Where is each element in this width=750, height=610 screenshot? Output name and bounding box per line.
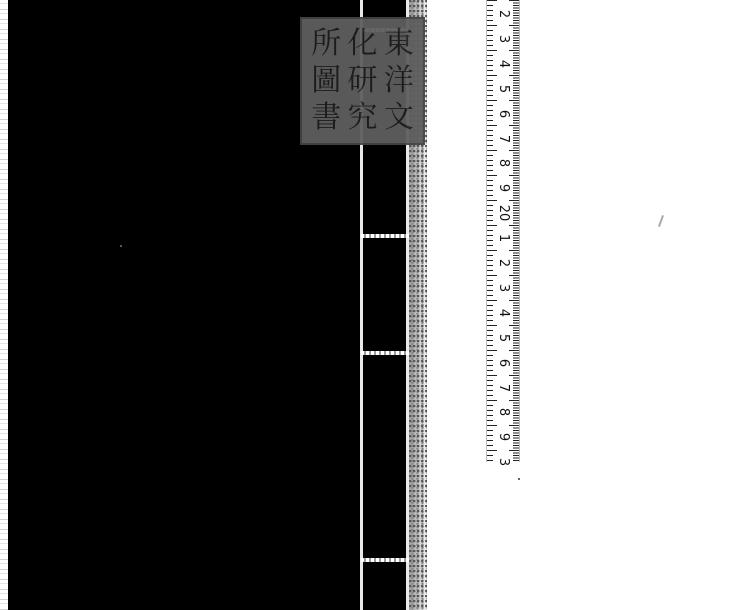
page-left-edge bbox=[0, 0, 8, 610]
ruler-label: 3 bbox=[496, 31, 512, 47]
ruler-label: 4 bbox=[496, 56, 512, 72]
seal-char: 究 bbox=[344, 100, 380, 137]
ruler-label: 8 bbox=[496, 155, 512, 171]
seal-char: 洋 bbox=[381, 62, 417, 99]
library-seal: 東 洋 文 化 研 究 所 圖 書 bbox=[300, 17, 425, 145]
ruler-label: 5 bbox=[496, 330, 512, 346]
ruler-label: 6 bbox=[496, 355, 512, 371]
ruler-label: 3 bbox=[496, 454, 512, 470]
ruler-label: 5 bbox=[496, 81, 512, 97]
seal-char: 文 bbox=[381, 100, 417, 137]
ruler-label: 2 bbox=[496, 255, 512, 271]
ruler-label: 3 bbox=[496, 280, 512, 296]
binding-thread bbox=[361, 234, 409, 238]
seal-char: 研 bbox=[344, 62, 380, 99]
ruler-label: 8 bbox=[496, 404, 512, 420]
ruler-label: 9 bbox=[496, 429, 512, 445]
ruler-label: 1 bbox=[496, 230, 512, 246]
ruler-label: 2 bbox=[496, 6, 512, 22]
seal-char: 化 bbox=[344, 25, 380, 62]
ruler-label: 9 bbox=[496, 180, 512, 196]
ruler-label: 7 bbox=[496, 380, 512, 396]
seal-char: 東 bbox=[381, 25, 417, 62]
measurement-ruler: 23456789201234567893 bbox=[486, 0, 520, 462]
seal-char: 圖 bbox=[308, 62, 344, 99]
ruler-label: 20 bbox=[496, 205, 512, 221]
ruler-label: 6 bbox=[496, 106, 512, 122]
seal-characters: 東 洋 文 化 研 究 所 圖 書 bbox=[308, 25, 417, 137]
binding-thread bbox=[361, 558, 409, 562]
ruler-label: 7 bbox=[496, 131, 512, 147]
ruler-label: 4 bbox=[496, 305, 512, 321]
seal-char: 所 bbox=[308, 25, 344, 62]
binding-thread bbox=[361, 351, 409, 355]
seal-char: 書 bbox=[308, 100, 344, 137]
